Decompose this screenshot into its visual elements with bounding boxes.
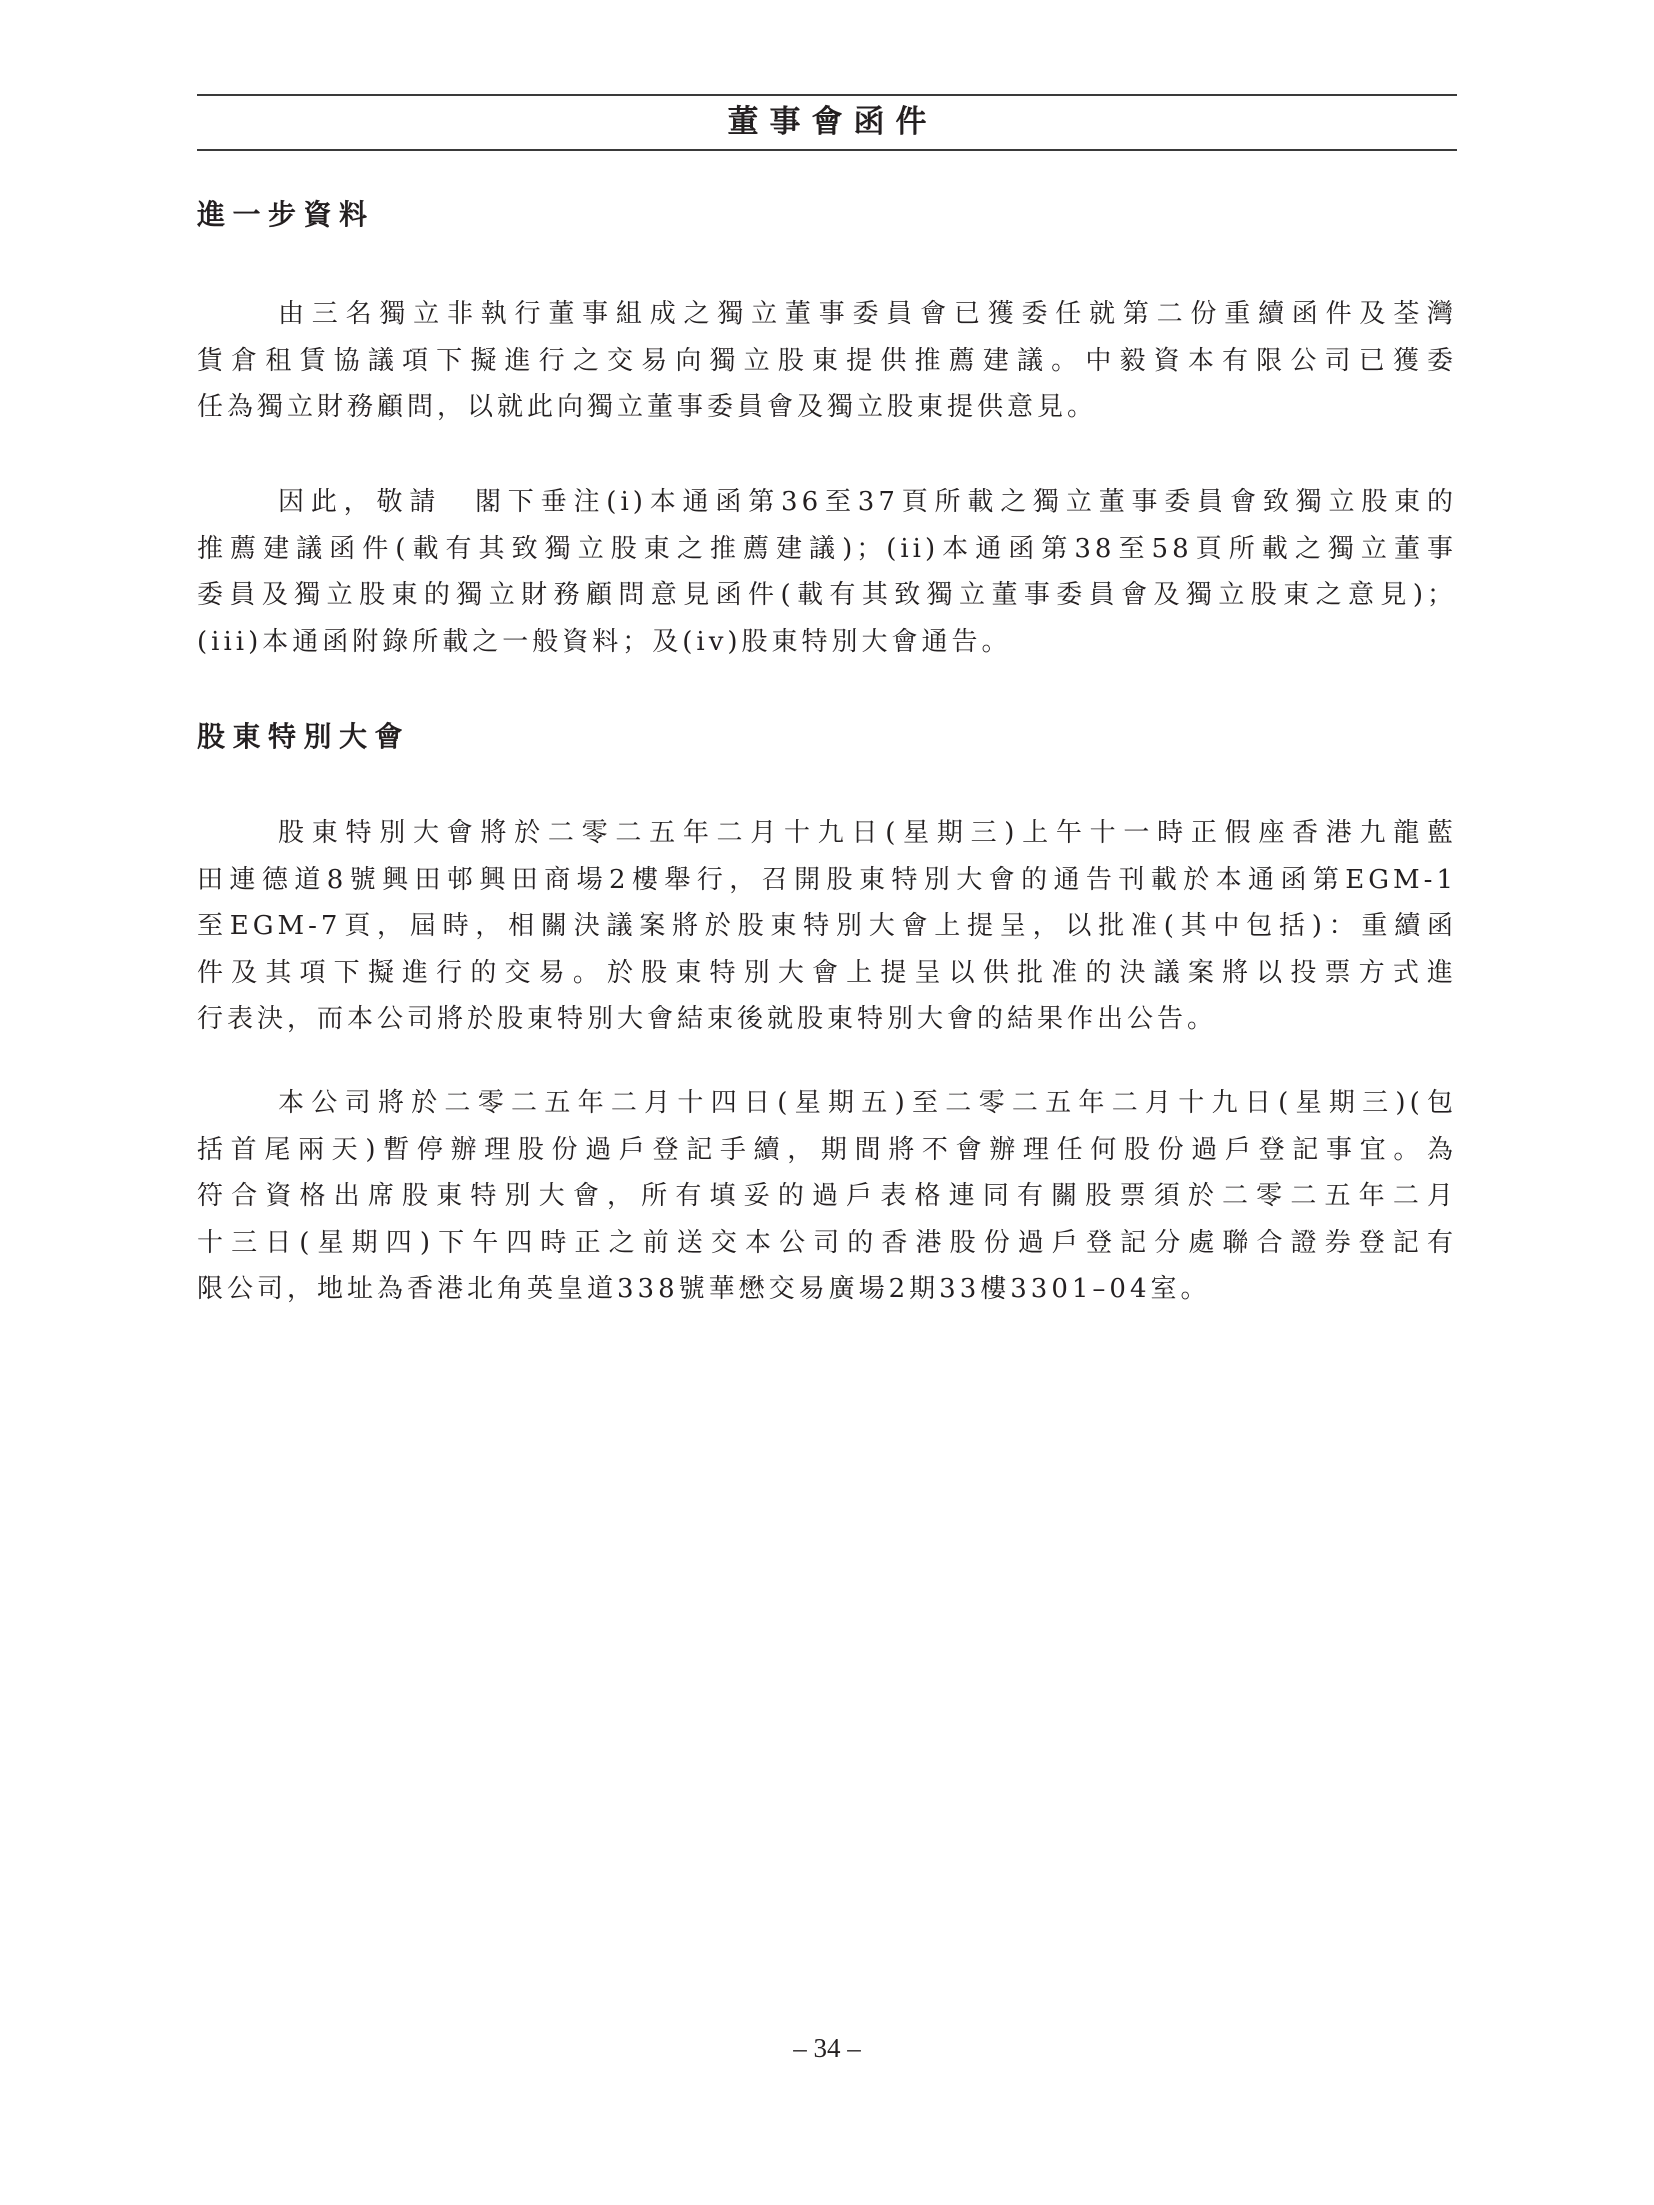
- header-rule-top: [197, 94, 1457, 96]
- section-heading-egm: 股東特別大會: [197, 717, 410, 757]
- paragraph-line: 十三日(星期四)下午四時正之前送交本公司的香港股份過戶登記分處聯合證券登記有: [197, 1220, 1457, 1267]
- paragraph-line: 至EGM-7頁，屆時，相關決議案將於股東特別大會上提呈，以批准(其中包括)：重續…: [197, 903, 1457, 950]
- paragraph-egm-details: 股東特別大會將於二零二五年二月十九日(星期三)上午十一時正假座香港九龍藍 田連德…: [197, 810, 1457, 1043]
- paragraph-line: 委員及獨立股東的獨立財務顧問意見函件(載有其致獨立董事委員會及獨立股東之意見)；: [197, 572, 1457, 619]
- paragraph-line: 股東特別大會將於二零二五年二月十九日(星期三)上午十一時正假座香港九龍藍: [197, 810, 1457, 857]
- paragraph-register-closure: 本公司將於二零二五年二月十四日(星期五)至二零二五年二月十九日(星期三)(包 括…: [197, 1080, 1457, 1313]
- paragraph-independent-board-committee: 由三名獨立非執行董事組成之獨立董事委員會已獲委任就第二份重續函件及荃灣 貨倉租賃…: [197, 291, 1457, 431]
- page-number: – 34 –: [0, 2030, 1654, 2066]
- paragraph-line: 括首尾兩天)暫停辦理股份過戶登記手續，期間將不會辦理任何股份過戶登記事宜。為: [197, 1127, 1457, 1174]
- paragraph-line: 任為獨立財務顧問，以就此向獨立董事委員會及獨立股東提供意見。: [197, 384, 1457, 431]
- paragraph-line: 符合資格出席股東特別大會，所有填妥的過戶表格連同有關股票須於二零二五年二月: [197, 1173, 1457, 1220]
- paragraph-line: 推薦建議函件(載有其致獨立股東之推薦建議)；(ii)本通函第38至58頁所載之獨…: [197, 526, 1457, 573]
- paragraph-line: 行表決，而本公司將於股東特別大會結束後就股東特別大會的結果作出公告。: [197, 996, 1457, 1043]
- paragraph-line: 本公司將於二零二五年二月十四日(星期五)至二零二五年二月十九日(星期三)(包: [197, 1080, 1457, 1127]
- paragraph-line: 由三名獨立非執行董事組成之獨立董事委員會已獲委任就第二份重續函件及荃灣: [197, 291, 1457, 338]
- paragraph-line: 貨倉租賃協議項下擬進行之交易向獨立股東提供推薦建議。中毅資本有限公司已獲委: [197, 338, 1457, 385]
- header-rule-bottom: [197, 149, 1457, 151]
- paragraph-line: 件及其項下擬進行的交易。於股東特別大會上提呈以供批准的決議案將以投票方式進: [197, 950, 1457, 997]
- section-heading-further-information: 進一步資料: [197, 195, 375, 235]
- paragraph-attention-references: 因此，敬請 閣下垂注(i)本通函第36至37頁所載之獨立董事委員會致獨立股東的 …: [197, 479, 1457, 665]
- paragraph-line: (iii)本通函附錄所載之一般資料；及(iv)股東特別大會通告。: [197, 619, 1457, 666]
- paragraph-line: 田連德道8號興田邨興田商場2樓舉行，召開股東特別大會的通告刊載於本通函第EGM-…: [197, 857, 1457, 904]
- paragraph-line: 限公司，地址為香港北角英皇道338號華懋交易廣場2期33樓3301–04室。: [197, 1266, 1457, 1313]
- running-title: 董事會函件: [197, 102, 1457, 142]
- paragraph-line: 因此，敬請 閣下垂注(i)本通函第36至37頁所載之獨立董事委員會致獨立股東的: [197, 479, 1457, 526]
